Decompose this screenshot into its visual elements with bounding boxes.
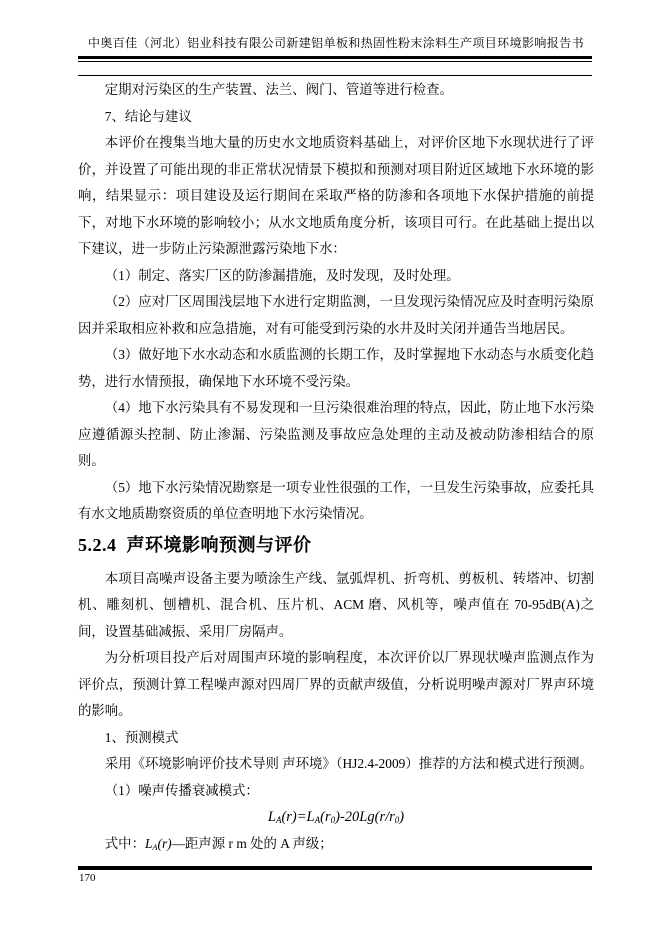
paragraph-conclusion-title: 7、结论与建议 (78, 104, 594, 131)
paragraph-suggestion-5: （5）地下水污染情况勘察是一项专业性很强的工作，一旦发生污染事故，应委托具有水文… (78, 475, 594, 528)
paragraph-inspection: 定期对污染区的生产装置、法兰、阀门、管道等进行检查。 (78, 77, 594, 104)
section-heading-noise: 5.2.4声环境影响预测与评价 (78, 530, 594, 560)
paragraph-suggestion-2: （2）应对厂区周围浅层地下水进行定期监测，一旦发现污染情况应及时查明污染原因并采… (78, 289, 594, 342)
noise-attenuation-formula: LA(r)=LA(r0)-20Lg(r/r0) (78, 804, 594, 831)
heading-title: 声环境影响预测与评价 (127, 535, 312, 555)
paragraph-prediction-standard: 采用《环境影响评价技术导则 声环境》（HJ2.4-2009）推荐的方法和模式进行… (78, 751, 594, 778)
body-top-rule (78, 75, 592, 76)
paragraph-noise-analysis: 为分析项目投产后对周围声环境的影响程度，本次评价以厂界现状噪声监测点作为评价点，… (78, 645, 594, 725)
paragraph-suggestion-3: （3）做好地下水水动态和水质监测的长期工作，及时掌握地下水动态与水质变化趋势，进… (78, 342, 594, 395)
footer-rule (78, 866, 592, 870)
paragraph-noise-equipment: 本项目高噪声设备主要为喷涂生产线、氩弧焊机、折弯机、剪板机、转塔冲、切割机、雕刻… (78, 566, 594, 646)
document-body: 定期对污染区的生产装置、法兰、阀门、管道等进行检查。 7、结论与建议 本评价在搜… (78, 77, 594, 857)
paragraph-attenuation-mode-title: （1）噪声传播衰减模式： (78, 778, 594, 805)
paragraph-suggestion-1: （1）制定、落实厂区的防渗漏措施，及时发现，及时处理。 (78, 263, 594, 290)
header-rule (78, 56, 592, 62)
paragraph-evaluation-summary: 本评价在搜集当地大量的历史水文地质资料基础上，对评价区地下水现状进行了评价，并设… (78, 130, 594, 263)
heading-number: 5.2.4 (78, 535, 117, 555)
paragraph-prediction-mode-title: 1、预测模式 (78, 725, 594, 752)
paragraph-suggestion-4: （4）地下水污染具有不易发现和一旦污染很难治理的特点，因此，防止地下水污染应遵循… (78, 395, 594, 475)
page-number: 170 (79, 872, 96, 885)
page-header-title: 中奥百佳（河北）铝业科技有限公司新建铝单板和热固性粉末涂料生产项目环境影响报告书 (78, 36, 594, 51)
document-page: 中奥百佳（河北）铝业科技有限公司新建铝单板和热固性粉末涂料生产项目环境影响报告书… (0, 0, 666, 935)
formula-variable-note: 式中：LA(r)—距声源 r m 处的 A 声级； (78, 831, 594, 858)
